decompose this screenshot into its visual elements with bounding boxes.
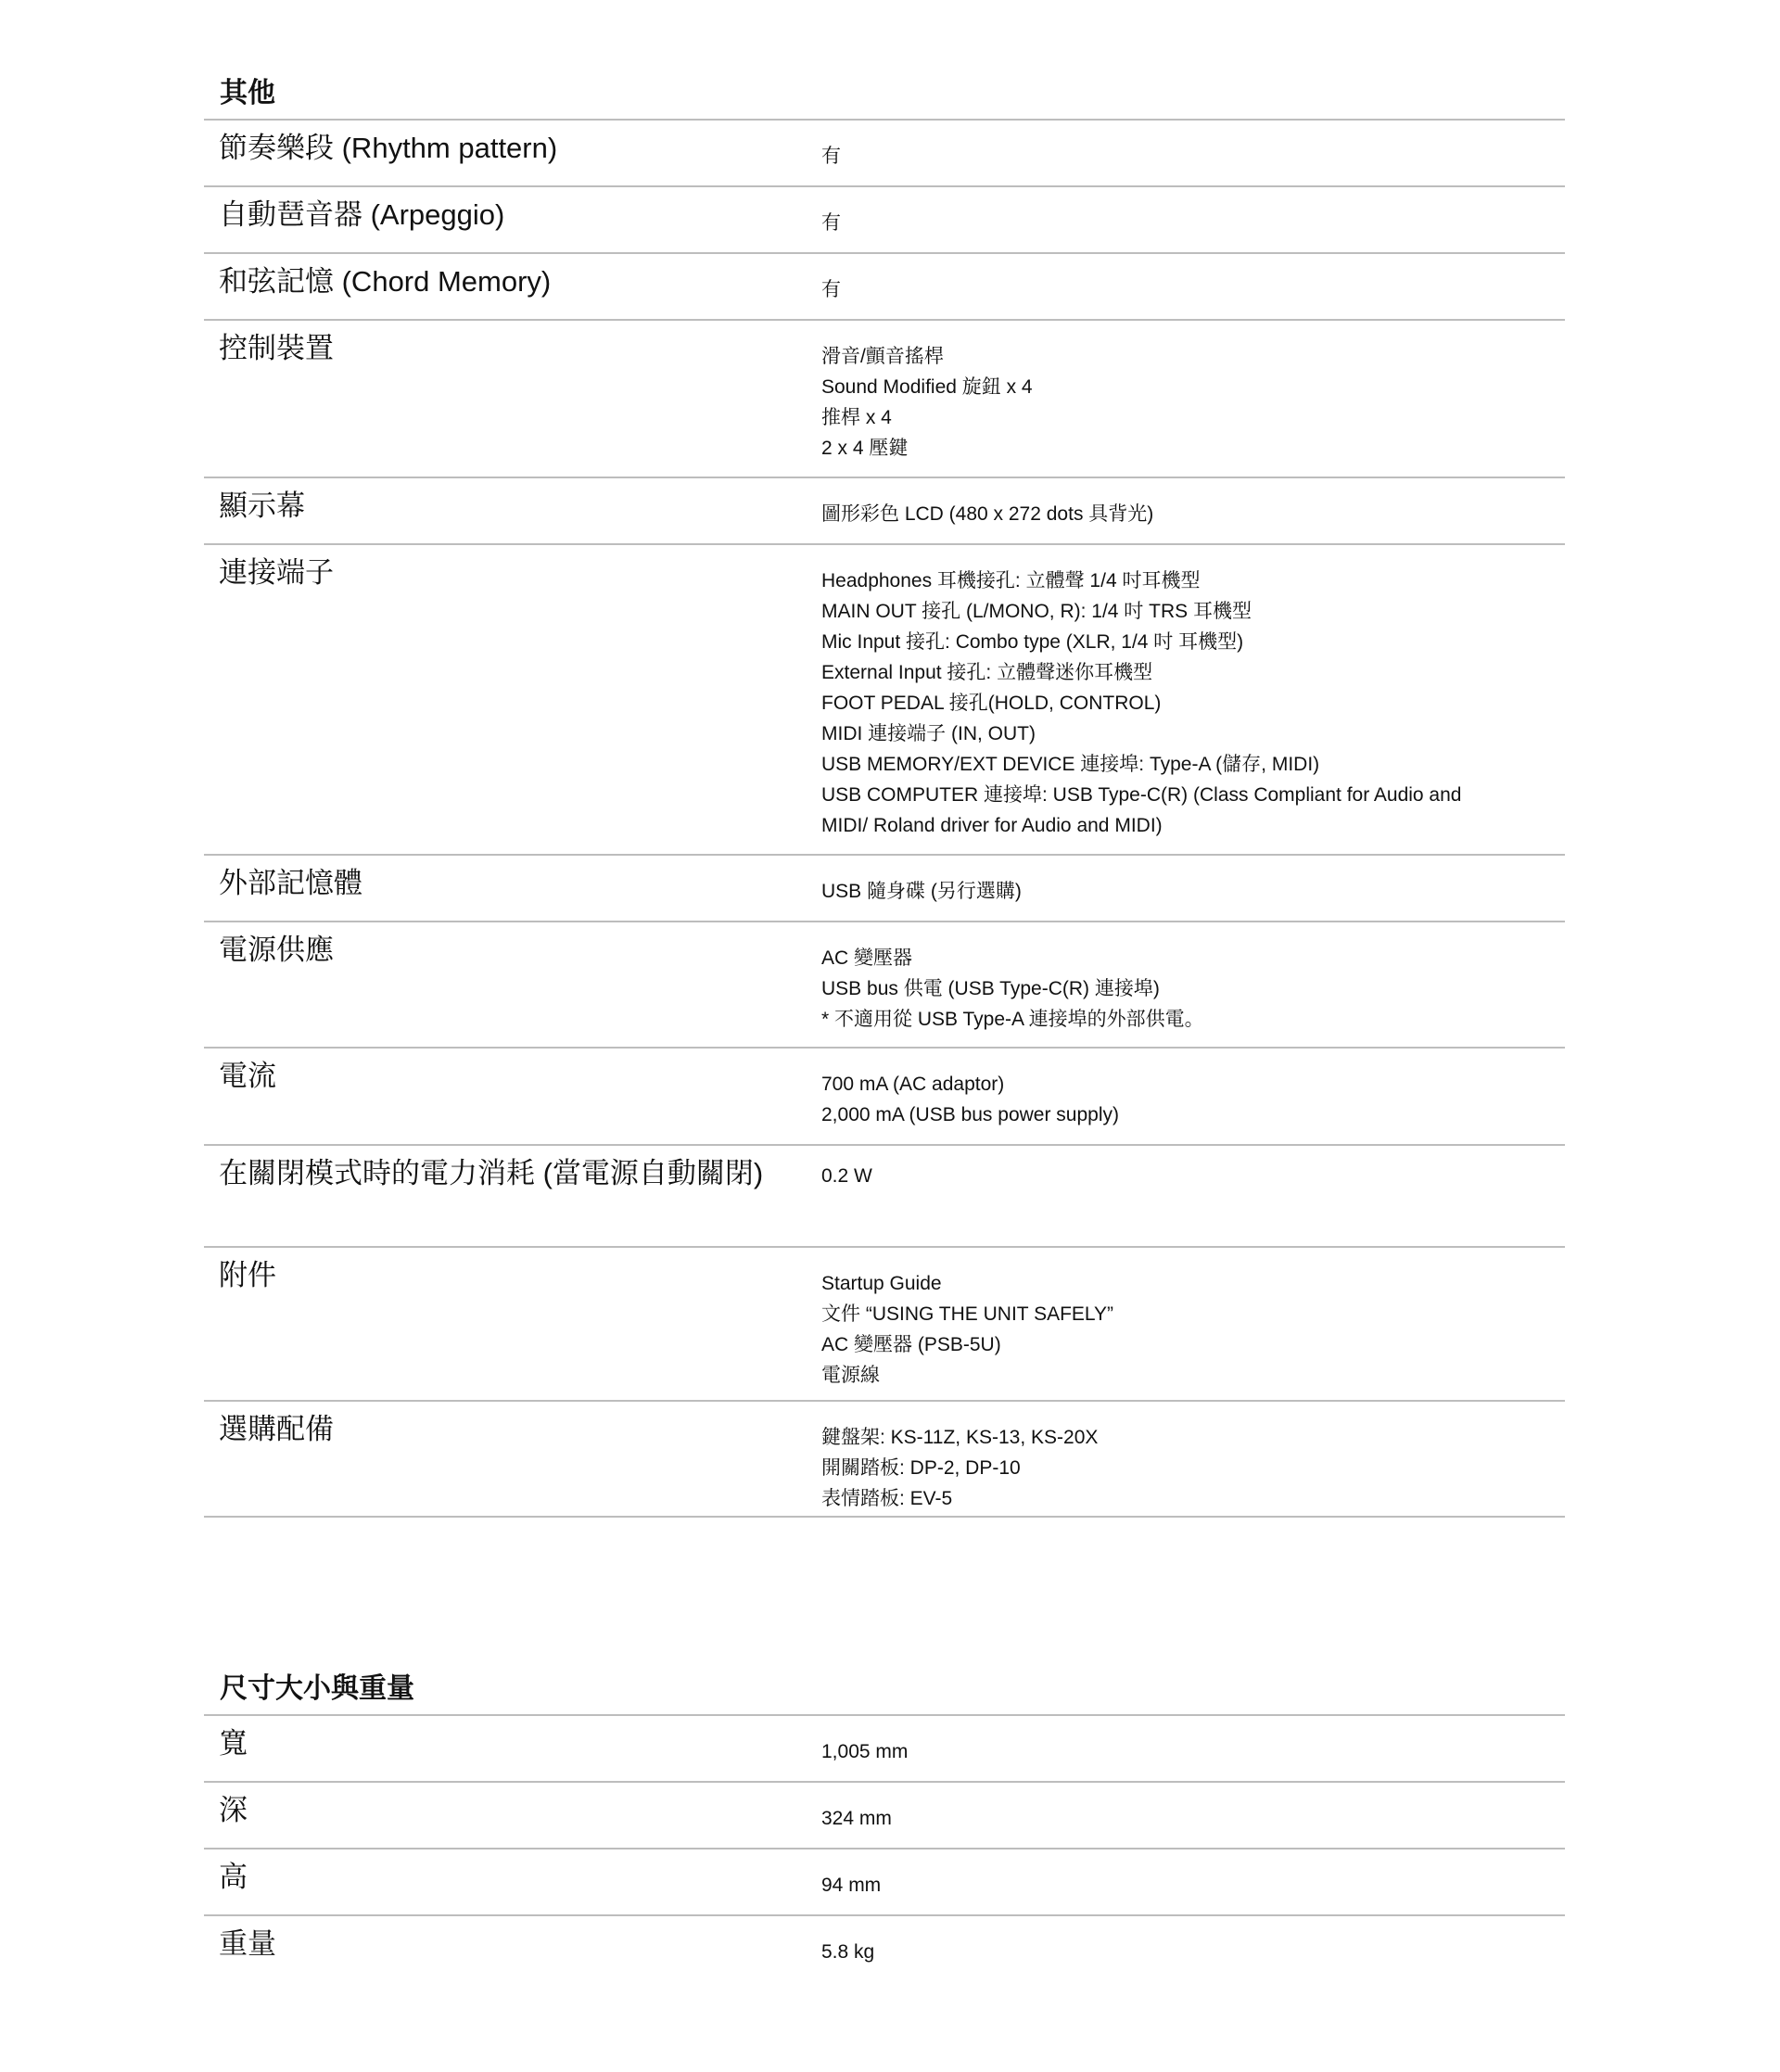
spec-value: 700 mA (AC adaptor) 2,000 mA (USB bus po…	[821, 1049, 1565, 1144]
spec-value-line: Headphones 耳機接孔: 立體聲 1/4 吋耳機型	[821, 566, 1537, 596]
spec-value-line: External Input 接孔: 立體聲迷你耳機型	[821, 657, 1537, 688]
spec-value-line: 2 x 4 壓鍵	[821, 433, 1537, 464]
section-title: 其他	[204, 77, 1565, 121]
spec-label: 深	[204, 1783, 821, 1848]
spec-value: Startup Guide 文件 “USING THE UNIT SAFELY”…	[821, 1248, 1565, 1400]
spec-value-line: AC 變壓器 (PSB-5U)	[821, 1329, 1537, 1360]
spec-value-line: AC 變壓器	[821, 943, 1537, 973]
spec-label: 自動琶音器 (Arpeggio)	[204, 187, 821, 252]
spec-label: 選購配備	[204, 1402, 821, 1516]
spec-label: 高	[204, 1850, 821, 1914]
spec-row-accessories: 附件 Startup Guide 文件 “USING THE UNIT SAFE…	[204, 1248, 1565, 1402]
spec-value: 5.8 kg	[821, 1916, 1565, 1983]
spec-value-line: 2,000 mA (USB bus power supply)	[821, 1100, 1537, 1130]
spec-value: 鍵盤架: KS-11Z, KS-13, KS-20X 開關踏板: DP-2, D…	[821, 1402, 1565, 1516]
spec-value-line: Startup Guide	[821, 1268, 1537, 1299]
spec-value-line: MIDI/ Roland driver for Audio and MIDI)	[821, 810, 1537, 841]
spec-value-line: 有	[821, 141, 1537, 172]
spec-value: 圖形彩色 LCD (480 x 272 dots 具背光)	[821, 478, 1565, 543]
spec-value: 有	[821, 187, 1565, 252]
spec-row-power-supply: 電源供應 AC 變壓器 USB bus 供電 (USB Type-C(R) 連接…	[204, 922, 1565, 1049]
spec-value-line: 700 mA (AC adaptor)	[821, 1069, 1537, 1100]
spec-value: AC 變壓器 USB bus 供電 (USB Type-C(R) 連接埠) * …	[821, 922, 1565, 1047]
spec-label: 和弦記憶 (Chord Memory)	[204, 254, 821, 319]
spec-value-line: 1,005 mm	[821, 1736, 1537, 1767]
spec-label: 附件	[204, 1248, 821, 1400]
spec-row-options: 選購配備 鍵盤架: KS-11Z, KS-13, KS-20X 開關踏板: DP…	[204, 1402, 1565, 1518]
spec-row-display: 顯示幕 圖形彩色 LCD (480 x 272 dots 具背光)	[204, 478, 1565, 545]
spec-section-other: 其他 節奏樂段 (Rhythm pattern) 有 自動琶音器 (Arpegg…	[204, 77, 1565, 1518]
spec-value-line: 有	[821, 208, 1537, 238]
spec-value-line: 表情踏板: EV-5	[821, 1483, 1537, 1514]
spec-label: 寬	[204, 1716, 821, 1781]
spec-value: 1,005 mm	[821, 1716, 1565, 1781]
spec-value: USB 隨身碟 (另行選購)	[821, 856, 1565, 921]
spec-value-line: MAIN OUT 接孔 (L/MONO, R): 1/4 吋 TRS 耳機型	[821, 596, 1537, 627]
spec-row-controllers: 控制裝置 滑音/顫音搖桿 Sound Modified 旋鈕 x 4 推桿 x …	[204, 321, 1565, 478]
spec-value-line: 文件 “USING THE UNIT SAFELY”	[821, 1299, 1537, 1329]
spec-value-line: 有	[821, 274, 1537, 305]
spec-value-line: Mic Input 接孔: Combo type (XLR, 1/4 吋 耳機型…	[821, 627, 1537, 657]
spec-section-dimensions-weight: 尺寸大小與重量 寬 1,005 mm 深 324 mm 高 94 mm 重量 5…	[204, 1672, 1565, 1983]
spec-label: 外部記憶體	[204, 856, 821, 921]
spec-value: 94 mm	[821, 1850, 1565, 1914]
spec-value-line: 324 mm	[821, 1803, 1537, 1834]
spec-value-line: Sound Modified 旋鈕 x 4	[821, 372, 1537, 402]
spec-row-power-off-consumption: 在關閉模式時的電力消耗 (當電源自動關閉) 0.2 W	[204, 1146, 1565, 1248]
spec-row-chord-memory: 和弦記憶 (Chord Memory) 有	[204, 254, 1565, 321]
spec-label: 節奏樂段 (Rhythm pattern)	[204, 121, 821, 185]
spec-value-line: 電源線	[821, 1360, 1537, 1391]
spec-label: 在關閉模式時的電力消耗 (當電源自動關閉)	[204, 1146, 821, 1246]
spec-row-height: 高 94 mm	[204, 1850, 1565, 1916]
spec-value-line: 94 mm	[821, 1870, 1537, 1900]
spec-row-rhythm-pattern: 節奏樂段 (Rhythm pattern) 有	[204, 121, 1565, 187]
spec-value: 有	[821, 254, 1565, 319]
spec-label: 電流	[204, 1049, 821, 1144]
spec-value-line: 滑音/顫音搖桿	[821, 341, 1537, 372]
spec-value-line: 推桿 x 4	[821, 402, 1537, 433]
spec-label: 電源供應	[204, 922, 821, 1047]
spec-value-line: USB COMPUTER 連接埠: USB Type-C(R) (Class C…	[821, 780, 1537, 810]
spec-row-width: 寬 1,005 mm	[204, 1716, 1565, 1783]
spec-value: 324 mm	[821, 1783, 1565, 1848]
spec-row-current-draw: 電流 700 mA (AC adaptor) 2,000 mA (USB bus…	[204, 1049, 1565, 1146]
spec-row-external-memory: 外部記憶體 USB 隨身碟 (另行選購)	[204, 856, 1565, 922]
spec-value-line: USB 隨身碟 (另行選購)	[821, 876, 1537, 907]
spec-value-line: FOOT PEDAL 接孔(HOLD, CONTROL)	[821, 688, 1537, 718]
spec-value-line: 5.8 kg	[821, 1937, 1537, 1967]
spec-value-line: * 不適用從 USB Type-A 連接埠的外部供電。	[821, 1004, 1537, 1035]
spec-value-line: USB MEMORY/EXT DEVICE 連接埠: Type-A (儲存, M…	[821, 749, 1537, 780]
spec-label: 控制裝置	[204, 321, 821, 477]
section-title: 尺寸大小與重量	[204, 1672, 1565, 1716]
spec-value-line: 0.2 W	[821, 1161, 1537, 1191]
spec-value-line: 鍵盤架: KS-11Z, KS-13, KS-20X	[821, 1422, 1537, 1453]
spec-value-line: 開關踏板: DP-2, DP-10	[821, 1453, 1537, 1483]
spec-row-arpeggio: 自動琶音器 (Arpeggio) 有	[204, 187, 1565, 254]
spec-label: 顯示幕	[204, 478, 821, 543]
spec-row-weight: 重量 5.8 kg	[204, 1916, 1565, 1983]
spec-value: 0.2 W	[821, 1146, 1565, 1246]
spec-value-line: 圖形彩色 LCD (480 x 272 dots 具背光)	[821, 499, 1537, 529]
spec-value-line: USB bus 供電 (USB Type-C(R) 連接埠)	[821, 973, 1537, 1004]
spec-value: Headphones 耳機接孔: 立體聲 1/4 吋耳機型 MAIN OUT 接…	[821, 545, 1565, 854]
spec-value: 滑音/顫音搖桿 Sound Modified 旋鈕 x 4 推桿 x 4 2 x…	[821, 321, 1565, 477]
spec-row-depth: 深 324 mm	[204, 1783, 1565, 1850]
spec-label: 重量	[204, 1916, 821, 1983]
spec-value-line: MIDI 連接端子 (IN, OUT)	[821, 718, 1537, 749]
spec-label: 連接端子	[204, 545, 821, 854]
spec-value: 有	[821, 121, 1565, 185]
spec-row-connectors: 連接端子 Headphones 耳機接孔: 立體聲 1/4 吋耳機型 MAIN …	[204, 545, 1565, 856]
